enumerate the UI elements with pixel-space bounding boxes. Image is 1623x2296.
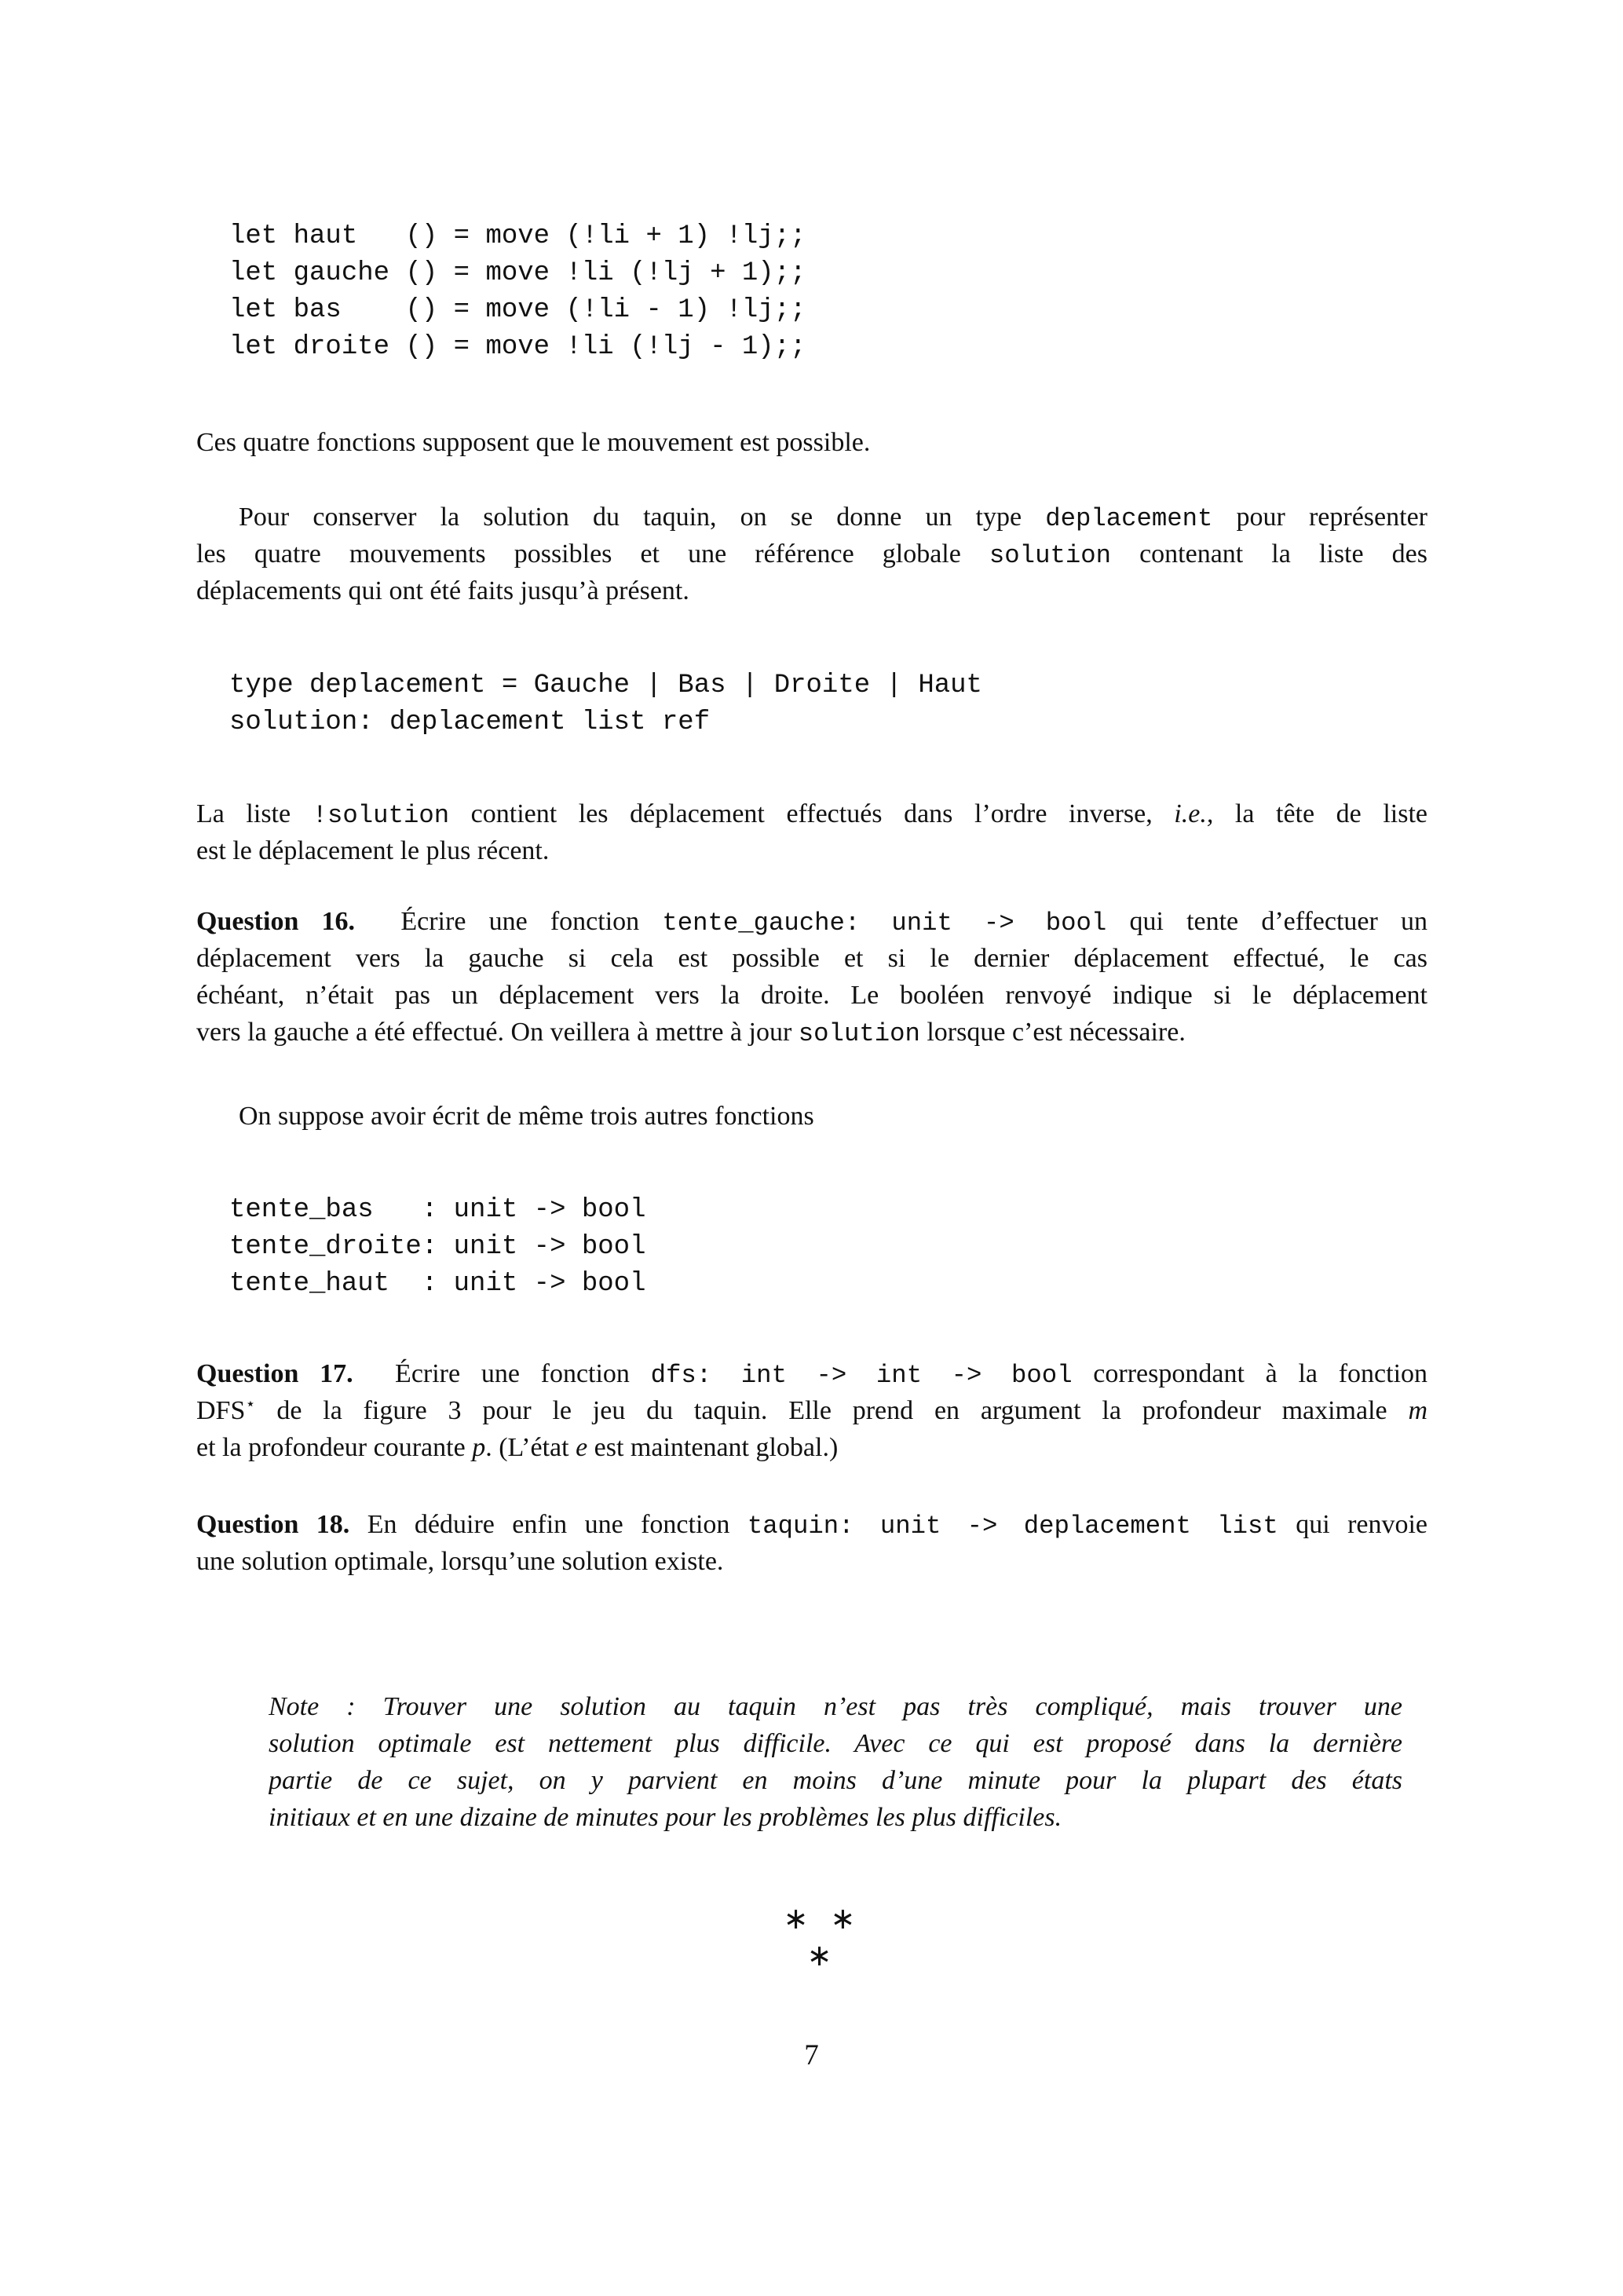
text-segment: let haut () = move (!li + 1) !lj;; — [229, 221, 806, 251]
question-16-line-2: déplacement vers la gauche si cela est p… — [196, 940, 1427, 977]
text-segment: deplacement — [1045, 504, 1212, 533]
para-pour-conserver-line-1: Pour conserver la solution du taquin, on… — [196, 499, 1427, 536]
para-pour-conserver-line-2: les quatre mouvements possibles et une r… — [196, 536, 1427, 572]
text-segment: let gauche () = move !li (!lj + 1);; — [229, 258, 806, 288]
code-type-deplacement: type deplacement = Gauche | Bas | Droite… — [229, 667, 1460, 741]
note-line-2: solution optimale est nettement plus dif… — [269, 1725, 1402, 1762]
question-18-line-2: une solution optimale, lorsqu’une soluti… — [196, 1543, 1427, 1580]
text-segment: qui tente d’effectuer un — [1106, 907, 1427, 936]
note-line-3: partie de ce sujet, on y parvient en moi… — [269, 1762, 1402, 1799]
question-17-line-3: et la profondeur courante p. (L’état e e… — [196, 1429, 1427, 1466]
text-segment: vers la gauche a été effectué. On veille… — [196, 1018, 799, 1047]
note-line-1: Note : Trouver une solution au taquin n’… — [269, 1688, 1402, 1725]
text-segment: Question 16. — [196, 907, 355, 936]
text-segment: la tête de liste — [1213, 799, 1427, 828]
text-segment: lorsque c’est nécessaire. — [920, 1018, 1186, 1047]
text-segment: type deplacement = Gauche | Bas | Droite… — [229, 671, 982, 700]
text-segment: solution — [989, 541, 1111, 570]
asterisk-glyph: ∗ — [807, 1937, 832, 1974]
text-segment: m — [1408, 1396, 1427, 1425]
text-segment: tente_haut : unit -> bool — [229, 1269, 646, 1299]
question-16-line-4: vers la gauche a été effectué. On veille… — [196, 1014, 1427, 1051]
para-la-liste-line-2: est le déplacement le plus récent. — [196, 832, 1427, 869]
text-segment: taquin: unit -> deplacement list — [748, 1512, 1278, 1541]
text-segment: les quatre mouvements possibles et une r… — [196, 539, 989, 569]
code-type-deplacement-line-2: solution: deplacement list ref — [229, 704, 1460, 741]
para-la-liste: La liste !solution contient les déplacem… — [196, 795, 1427, 869]
code-tente-line-2: tente_droite: unit -> bool — [229, 1229, 1460, 1266]
text-segment: e — [576, 1433, 587, 1462]
text-segment: p — [472, 1433, 485, 1462]
code-tente: tente_bas : unit -> booltente_droite: un… — [229, 1192, 1460, 1303]
text-segment: qui renvoie — [1278, 1510, 1427, 1539]
question-17-line-2: DFS⋆ de la figure 3 pour le jeu du taqui… — [196, 1392, 1427, 1429]
code-type-deplacement-line-1: type deplacement = Gauche | Bas | Droite… — [229, 667, 1460, 704]
text-segment: tente_bas : unit -> bool — [229, 1195, 646, 1225]
text-segment: pour représenter — [1212, 503, 1427, 532]
text-segment: une solution optimale, lorsqu’une soluti… — [196, 1547, 723, 1576]
question-17-line-1: Question 17. Écrire une fonction dfs: in… — [196, 1355, 1427, 1392]
question-17: Question 17. Écrire une fonction dfs: in… — [196, 1355, 1427, 1466]
text-segment: Ces quatre fonctions supposent que le mo… — [196, 428, 870, 457]
asterisk-glyph: ∗ — [831, 1900, 856, 1937]
question-16: Question 16. Écrire une fonction tente_g… — [196, 903, 1427, 1051]
question-16-line-1: Question 16. Écrire une fonction tente_g… — [196, 903, 1427, 940]
para-on-suppose-line-1: On suppose avoir écrit de même trois aut… — [196, 1098, 1427, 1135]
text-segment: solution optimale est nettement plus dif… — [269, 1729, 1402, 1758]
text-segment: Écrire une fonction — [353, 1359, 651, 1388]
text-segment: déplacement vers la gauche si cela est p… — [196, 944, 1427, 973]
text-segment: est le déplacement le plus récent. — [196, 836, 549, 865]
text-segment: En déduire enfin une fonction — [349, 1510, 748, 1539]
code-tente-line-3: tente_haut : unit -> bool — [229, 1266, 1460, 1303]
question-18-line-1: Question 18. En déduire enfin une foncti… — [196, 1506, 1427, 1543]
text-segment: Note : Trouver une solution au taquin n’… — [269, 1692, 1402, 1721]
text-segment: Écrire une fonction — [355, 907, 662, 936]
text-segment: échéant, n’était pas un déplacement vers… — [196, 981, 1427, 1010]
text-segment: solution — [799, 1019, 920, 1048]
question-18: Question 18. En déduire enfin une foncti… — [196, 1506, 1427, 1580]
text-segment: i.e., — [1174, 799, 1213, 828]
separator-top-row: ∗∗ — [8, 1900, 1623, 1937]
text-segment: et la profondeur courante — [196, 1433, 472, 1462]
text-segment: DFS — [196, 1396, 245, 1425]
text-segment: ⋆ — [245, 1394, 255, 1413]
code-moves: let haut () = move (!li + 1) !lj;;let ga… — [229, 218, 1460, 366]
text-segment: dfs: int -> int -> bool — [651, 1361, 1073, 1390]
text-segment: Pour conserver la solution du taquin, on… — [239, 503, 1045, 532]
text-segment: On suppose avoir écrit de même trois aut… — [239, 1102, 814, 1131]
text-segment: . (L’état — [485, 1433, 576, 1462]
text-segment: contenant la liste des — [1111, 539, 1427, 569]
text-segment: solution: deplacement list ref — [229, 707, 710, 737]
text-segment: est maintenant global.) — [587, 1433, 838, 1462]
asterisk-glyph: ∗ — [784, 1900, 809, 1937]
note: Note : Trouver une solution au taquin n’… — [269, 1688, 1402, 1836]
text-segment: Question 18. — [196, 1510, 349, 1539]
para-on-suppose: On suppose avoir écrit de même trois aut… — [196, 1098, 1427, 1135]
para-pour-conserver: Pour conserver la solution du taquin, on… — [196, 499, 1427, 609]
para-pour-conserver-line-3: déplacements qui ont été faits jusqu’à p… — [196, 572, 1427, 609]
text-segment: déplacements qui ont été faits jusqu’à p… — [196, 576, 689, 605]
text-segment: contient les déplacement effectués dans … — [449, 799, 1174, 828]
text-segment: partie de ce sujet, on y parvient en moi… — [269, 1766, 1402, 1795]
question-16-line-3: échéant, n’était pas un déplacement vers… — [196, 977, 1427, 1014]
note-line-4: initiaux et en une dizaine de minutes po… — [269, 1799, 1402, 1836]
text-segment: tente_droite: unit -> bool — [229, 1232, 646, 1262]
code-moves-line-2: let gauche () = move !li (!lj + 1);; — [229, 255, 1460, 292]
code-tente-line-1: tente_bas : unit -> bool — [229, 1192, 1460, 1229]
text-segment: Question 17. — [196, 1359, 353, 1388]
text-segment: tente_gauche: unit -> bool — [662, 909, 1106, 938]
document-page: let haut () = move (!li + 1) !lj;;let ga… — [0, 0, 1623, 2296]
text-segment: !solution — [313, 801, 449, 830]
text-segment: correspondant à la fonction — [1073, 1359, 1427, 1388]
code-moves-line-4: let droite () = move !li (!lj - 1);; — [229, 329, 1460, 366]
text-segment: let bas () = move (!li - 1) !lj;; — [229, 295, 806, 325]
para-ces-quatre: Ces quatre fonctions supposent que le mo… — [196, 424, 1427, 461]
text-segment: let droite () = move !li (!lj - 1);; — [229, 332, 806, 362]
text-segment: initiaux et en une dizaine de minutes po… — [269, 1803, 1062, 1832]
separator-bottom-row: ∗ — [8, 1937, 1623, 1974]
para-ces-quatre-line-1: Ces quatre fonctions supposent que le mo… — [196, 424, 1427, 461]
para-la-liste-line-1: La liste !solution contient les déplacem… — [196, 795, 1427, 832]
code-moves-line-3: let bas () = move (!li - 1) !lj;; — [229, 292, 1460, 329]
text-segment: de la figure 3 pour le jeu du taquin. El… — [256, 1396, 1409, 1425]
section-separator: ∗∗ ∗ — [0, 1900, 1623, 1974]
code-moves-line-1: let haut () = move (!li + 1) !lj;; — [229, 218, 1460, 255]
page-number: 7 — [0, 2037, 1623, 2074]
text-segment: La liste — [196, 799, 313, 828]
